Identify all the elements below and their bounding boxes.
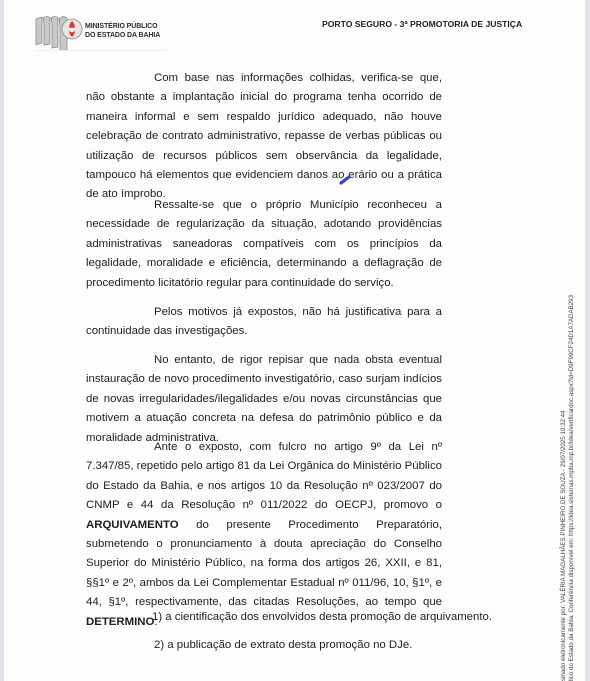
paragraph-5: Ante o exposto, com fulcro no artigo 9º …	[86, 438, 442, 632]
promotoria-title: PORTO SEGURO - 3ª PROMOTORIA DE JUSTIÇA	[322, 19, 522, 29]
paragraph-2: Ressalte-se que o próprio Município reco…	[86, 196, 442, 293]
mp-logo-icon	[34, 13, 84, 51]
list-item-1: 1) a cientificação dos envolvidos desta …	[152, 608, 492, 627]
text-part: do presente Procedimento Preparatório, s…	[86, 519, 442, 609]
document-header: MINISTÉRIO PÚBLICO DO ESTADO DA BAHIA PO…	[0, 0, 590, 60]
paragraph-1: Com base nas informações colhidas, verif…	[86, 69, 442, 205]
determino-keyword: DETERMINO	[86, 616, 154, 628]
logo-divider	[36, 50, 166, 51]
org-logo: MINISTÉRIO PÚBLICO DO ESTADO DA BAHIA	[34, 13, 162, 51]
page-edge-left	[0, 0, 4, 681]
text-part: Ante o exposto, com fulcro no artigo 9º …	[86, 441, 442, 511]
paragraph-text: Pelos motivos já expostos, não há justif…	[86, 303, 442, 342]
paragraph-text: Ante o exposto, com fulcro no artigo 9º …	[86, 438, 442, 632]
org-name: MINISTÉRIO PÚBLICO DO ESTADO DA BAHIA	[85, 22, 160, 40]
paragraph-text: Ressalte-se que o próprio Município reco…	[86, 196, 442, 293]
arquivamento-keyword: ARQUIVAMENTO	[86, 519, 179, 531]
paragraph-text: No entanto, de rigor repisar que nada ob…	[86, 351, 442, 448]
electronic-signature-stamp: sinado eletronicamente por: VALÉRIA MAGA…	[560, 295, 576, 681]
signature-line: sinado eletronicamente por: VALÉRIA MAGA…	[560, 295, 568, 681]
org-name-line1: MINISTÉRIO PÚBLICO	[85, 22, 160, 31]
pen-mark-icon	[338, 174, 352, 186]
org-name-line2: DO ESTADO DA BAHIA	[85, 31, 160, 40]
paragraph-3: Pelos motivos já expostos, não há justif…	[86, 303, 442, 342]
verification-link[interactable]: lico do Estado da Bahia. Conferência dis…	[568, 295, 576, 681]
paragraph-text: Com base nas informações colhidas, verif…	[86, 69, 442, 205]
paragraph-4: No entanto, de rigor repisar que nada ob…	[86, 351, 442, 448]
list-item-2: 2) a publicação de extrato desta promoçã…	[154, 636, 412, 655]
page-edge-right	[585, 0, 590, 681]
